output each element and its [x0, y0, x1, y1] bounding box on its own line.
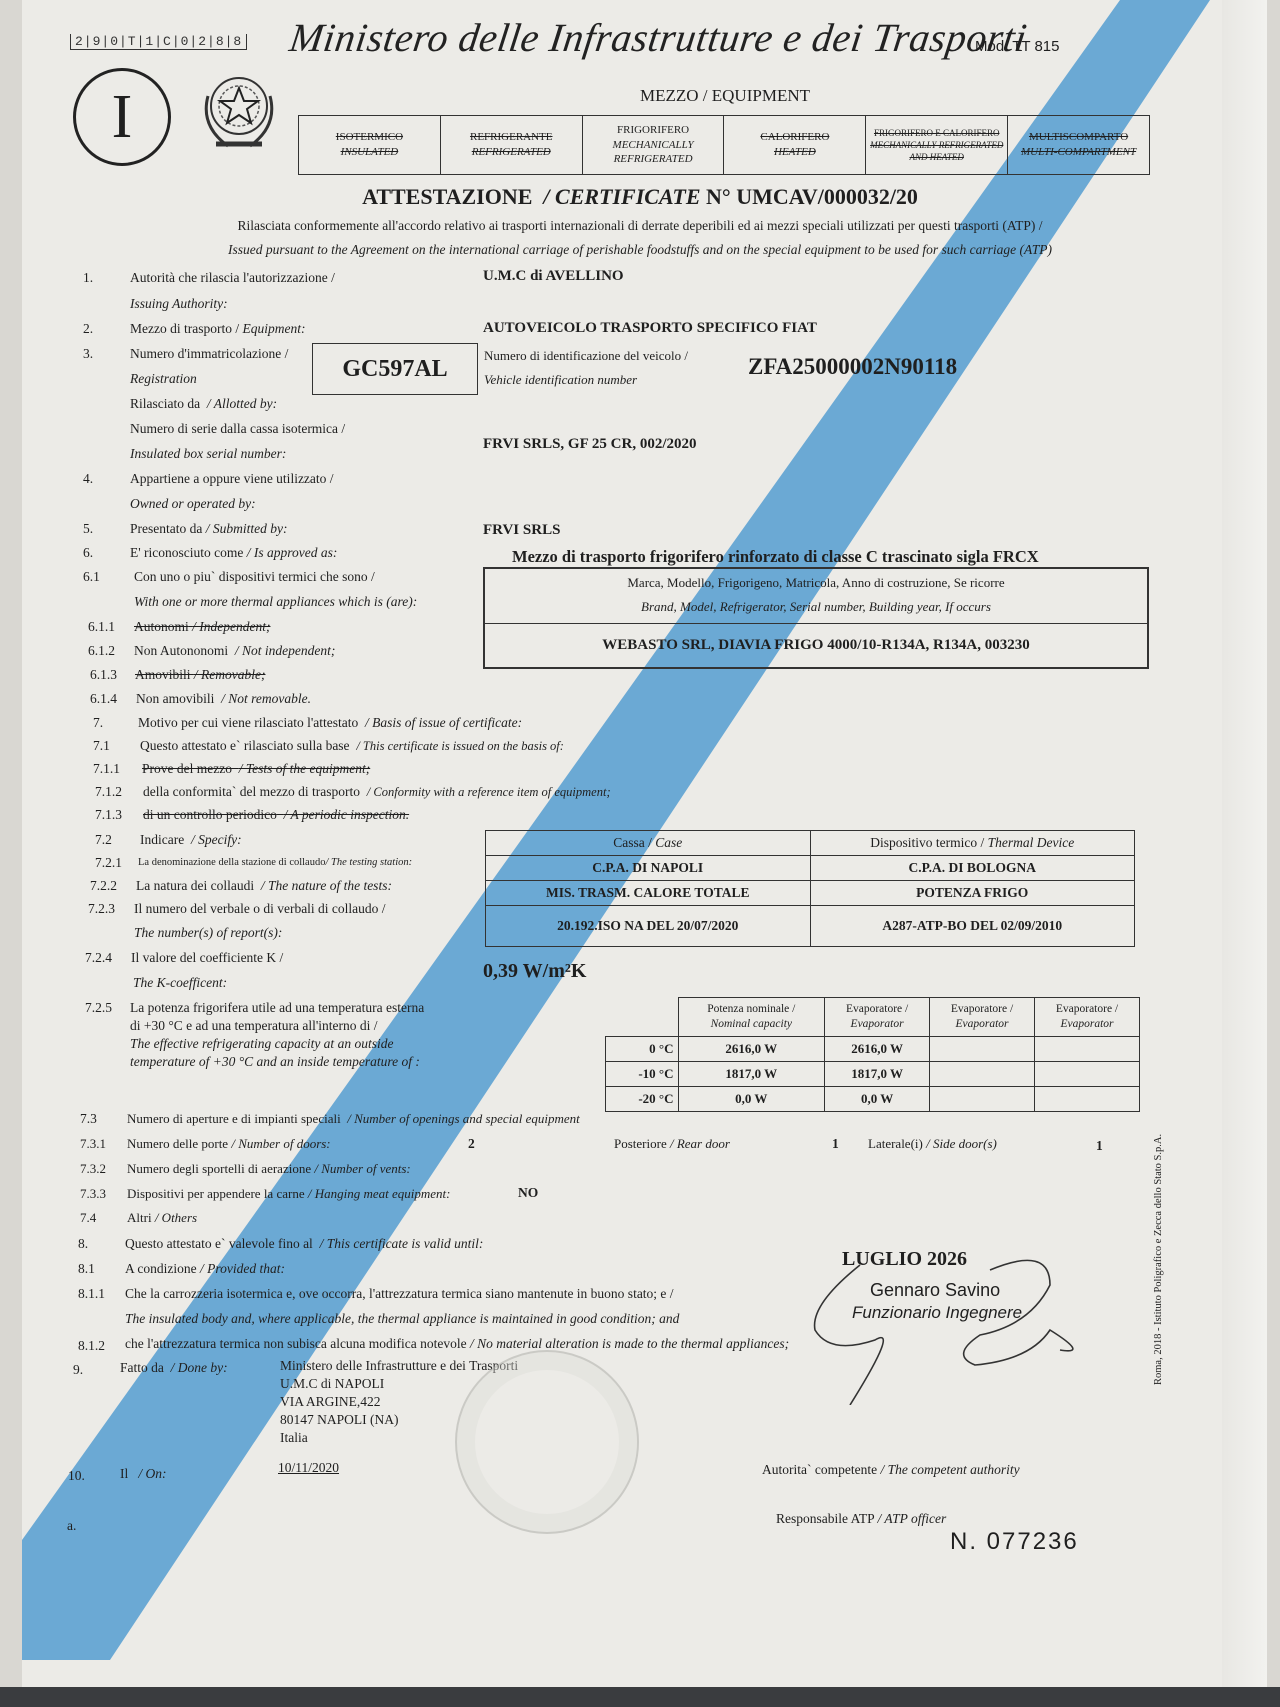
field-10-label: Il / On:	[120, 1466, 167, 1482]
equipment-type-multi-compartment: MULTISCOMPARTOMULTI-COMPARTMENT	[1008, 116, 1150, 175]
hanging-meat-value: NO	[518, 1185, 538, 1201]
field-3-label-it: Numero d'immatricolazione /	[130, 346, 288, 362]
intro-it: Rilasciata conformemente all'accordo rel…	[0, 218, 1280, 234]
field-10-number: 10.	[68, 1468, 85, 1484]
equipment-type-table: ISOTERMICOINSULATED REFRIGERANTEREFRIGER…	[298, 115, 1150, 175]
certificate-title: ATTESTAZIONE / CERTIFICATE N° UMCAV/0000…	[0, 184, 1280, 210]
field-7-1-3-label: di un controllo periodico / A periodic i…	[143, 807, 409, 823]
field-2-label: Mezzo di trasporto / Equipment:	[130, 321, 305, 337]
field-a-number: a.	[67, 1518, 76, 1534]
appliance-value: WEBASTO SRL, DIAVIA FRIGO 4000/10-R134A,…	[485, 624, 1147, 666]
field-6-1-label-en: With one or more thermal appliances whic…	[134, 594, 417, 610]
field-8-number: 8.	[78, 1236, 88, 1252]
refrigerating-capacity-table: Potenza nominale /Nominal capacity Evapo…	[605, 997, 1140, 1112]
field-8-1-1-number: 8.1.1	[78, 1286, 105, 1302]
field-8-1-2-number: 8.1.2	[78, 1338, 105, 1354]
field-8-1-label: A condizione / Provided that:	[125, 1261, 285, 1277]
embossed-seal	[455, 1350, 639, 1534]
allotted-by-label: Rilasciato da / Allotted by:	[130, 396, 277, 412]
appliance-header-en: Brand, Model, Refrigerator, Serial numbe…	[485, 595, 1147, 619]
field-7-1-2-label: della conformita` del mezzo di trasporto…	[143, 784, 611, 800]
test-header-thermal-device: Dispositivo termico / Thermal Device	[810, 831, 1135, 856]
issuing-authority-value: U.M.C di AVELLINO	[483, 268, 624, 285]
field-7-1-label: Questo attestato e` rilasciato sulla bas…	[140, 738, 564, 754]
field-7-3-1-number: 7.3.1	[80, 1136, 106, 1152]
field-1-number: 1.	[83, 270, 93, 286]
field-4-label-it: Appartiene a oppure viene utilizzato /	[130, 471, 334, 487]
field-4-label-en: Owned or operated by:	[130, 496, 256, 512]
field-8-1-1-label-en: The insulated body and, where applicable…	[125, 1311, 679, 1327]
field-7-label: Motivo per cui viene rilasciato l'attest…	[138, 715, 522, 731]
field-5-number: 5.	[83, 521, 93, 537]
field-7-1-number: 7.1	[93, 738, 110, 754]
doors-count: 2	[468, 1136, 475, 1152]
field-9-label: Fatto da / Done by:	[120, 1360, 228, 1376]
document-number: N. 077236	[950, 1528, 1079, 1556]
field-4-number: 4.	[83, 471, 93, 487]
competent-authority-label: Autorita` competente / The competent aut…	[762, 1462, 1020, 1478]
box-serial-label-it: Numero di serie dalla cassa isotermica /	[130, 421, 345, 437]
field-7-4-label: Altri / Others	[127, 1210, 197, 1226]
equipment-type-heated: CALORIFEROHEATED	[724, 116, 866, 175]
field-7-3-number: 7.3	[80, 1111, 97, 1127]
field-7-2-2-label: La natura dei collaudi / The nature of t…	[136, 878, 392, 894]
field-7-1-3-number: 7.1.3	[95, 807, 122, 823]
field-6-1-4-number: 6.1.4	[90, 691, 117, 707]
field-7-2-5-number: 7.2.5	[85, 1000, 112, 1016]
field-7-1-1-label: Prove del mezzo / Tests of the equipment…	[142, 761, 370, 777]
vin-label-en: Vehicle identification number	[484, 372, 637, 388]
side-door-label: Laterale(i) / Side door(s)	[868, 1136, 997, 1152]
field-3-label-en: Registration	[130, 371, 197, 387]
field-7-1-1-number: 7.1.1	[93, 761, 120, 777]
issue-date: 10/11/2020	[278, 1460, 339, 1476]
field-3-number: 3.	[83, 346, 93, 362]
field-7-1-2-number: 7.1.2	[95, 784, 122, 800]
k-coefficient-value: 0,39 W/m²K	[483, 960, 586, 983]
field-7-2-4-label-en: The K-coefficent:	[133, 975, 227, 991]
approved-as-value: Mezzo di trasporto frigorifero rinforzat…	[512, 547, 1039, 567]
field-7-2-5-line4: temperature of +30 °C and an inside temp…	[130, 1054, 420, 1070]
field-7-2-3-label-en: The number(s) of report(s):	[134, 925, 282, 941]
field-7-2-number: 7.2	[95, 832, 112, 848]
field-8-label: Questo attestato e` valevole fino al / T…	[125, 1236, 483, 1252]
field-6-1-2-number: 6.1.2	[88, 643, 115, 659]
field-8-1-2-label: che l'attrezzatura termica non subisca a…	[125, 1336, 789, 1352]
field-8-1-number: 8.1	[78, 1261, 95, 1277]
printer-note: Roma, 2018 - Istituto Poligrafico e Zecc…	[1153, 1095, 1173, 1385]
field-7-3-2-number: 7.3.2	[80, 1161, 106, 1177]
field-7-2-3-number: 7.2.3	[88, 901, 115, 917]
equipment-title: MEZZO / EQUIPMENT	[640, 86, 810, 106]
field-6-1-number: 6.1	[83, 569, 100, 585]
field-7-2-1-label: La denominazione della stazione di colla…	[138, 857, 412, 868]
ministry-name: Ministero delle Infrastrutture e dei Tra…	[287, 14, 1030, 61]
field-6-1-4-label: Non amovibili / Not removable.	[136, 691, 311, 707]
handwritten-signature	[790, 1245, 1090, 1405]
vin-value: ZFA25000002N90118	[748, 354, 957, 380]
registration-number-box: GC597AL	[312, 343, 478, 395]
field-7-3-3-label: Dispositivi per appendere la carne / Han…	[127, 1186, 450, 1202]
field-7-2-3-label-it: Il numero del verbale o di verbali di co…	[134, 901, 386, 917]
field-7-4-number: 7.4	[80, 1210, 96, 1226]
field-6-number: 6.	[83, 545, 93, 561]
background-edge	[0, 1687, 1280, 1707]
atp-officer-label: Responsabile ATP / ATP officer	[776, 1511, 946, 1527]
field-6-1-3-number: 6.1.3	[90, 667, 117, 683]
rear-door-label: Posteriore / Rear door	[614, 1136, 730, 1152]
field-7-2-1-number: 7.2.1	[95, 855, 122, 871]
test-header-case: Cassa / Case	[486, 831, 811, 856]
field-9-number: 9.	[73, 1362, 83, 1378]
field-7-3-label: Numero di aperture e di impianti special…	[127, 1111, 580, 1127]
field-6-label: E' riconosciuto come / Is approved as:	[130, 545, 337, 561]
italian-emblem-icon	[198, 66, 280, 158]
equipment-value: AUTOVEICOLO TRASPORTO SPECIFICO FIAT	[483, 320, 817, 337]
field-7-2-5-line3: The effective refrigerating capacity at …	[130, 1036, 393, 1052]
equipment-type-insulated: ISOTERMICOINSULATED	[299, 116, 441, 175]
field-6-1-2-label: Non Autononomi / Not independent;	[134, 643, 335, 659]
rear-door-count: 1	[832, 1136, 839, 1152]
field-7-2-5-line2: di +30 °C e ad una temperatura all'inter…	[130, 1018, 378, 1034]
signer-name: Gennaro Savino	[870, 1280, 1000, 1301]
equipment-type-mechanically-refrigerated: FRIGORIFEROMECHANICALLY REFRIGERATED	[582, 116, 724, 175]
field-1-label-it: Autorità che rilascia l'autorizzazione /	[130, 270, 335, 286]
equipment-type-refrigerated-heated: FRIGORIFERO E CALORIFEROMECHANICALLY REF…	[866, 116, 1008, 175]
country-mark-icon: I	[73, 68, 171, 166]
field-6-1-1-label: Autonomi / Independent;	[134, 619, 270, 635]
signer-role: Funzionario Ingegnere	[852, 1303, 1022, 1323]
field-5-label: Presentato da / Submitted by:	[130, 521, 287, 537]
field-6-1-label-it: Con uno o piu` dispositivi termici che s…	[134, 569, 375, 585]
certificate-number: N° UMCAV/000032/20	[706, 184, 918, 209]
field-7-2-5-line1: La potenza frigorifera utile ad una temp…	[130, 1000, 424, 1016]
vin-label-it: Numero di identificazione del veicolo /	[484, 348, 688, 364]
field-7-2-4-label-it: Il valore del coefficiente K /	[131, 950, 283, 966]
field-7-number: 7.	[93, 715, 103, 731]
field-7-3-1-label: Numero delle porte / Number of doors:	[127, 1136, 331, 1152]
field-7-2-4-number: 7.2.4	[85, 950, 112, 966]
appliance-header-it: Marca, Modello, Frigorigeno, Matricola, …	[485, 571, 1147, 595]
field-1-label-en: Issuing Authority:	[130, 296, 228, 312]
thermal-appliance-box: Marca, Modello, Frigorigeno, Matricola, …	[483, 567, 1149, 669]
form-model: Mod. TT 815	[975, 38, 1060, 55]
field-6-1-1-number: 6.1.1	[88, 619, 115, 635]
field-8-1-1-label-it: Che la carrozzeria isotermica e, ove occ…	[125, 1286, 674, 1302]
equipment-type-refrigerated: REFRIGERANTEREFRIGERATED	[440, 116, 582, 175]
box-serial-label-en: Insulated box serial number:	[130, 446, 286, 462]
field-7-2-2-number: 7.2.2	[90, 878, 117, 894]
field-7-2-label: Indicare / Specify:	[140, 832, 242, 848]
testing-table: Cassa / Case Dispositivo termico / Therm…	[485, 830, 1135, 947]
submitted-by-value: FRVI SRLS	[483, 522, 560, 539]
box-serial-value: FRVI SRLS, GF 25 CR, 002/2020	[483, 436, 697, 453]
form-serial-code: 2|9|0|T|1|C|0|2|8|8	[70, 34, 247, 50]
side-door-count: 1	[1096, 1138, 1103, 1154]
field-7-3-3-number: 7.3.3	[80, 1186, 106, 1202]
field-2-number: 2.	[83, 321, 93, 337]
intro-en: Issued pursuant to the Agreement on the …	[0, 242, 1280, 258]
field-6-1-3-label: Amovibili / Removable;	[135, 667, 265, 683]
field-7-3-2-label: Numero degli sportelli di aerazione / Nu…	[127, 1161, 411, 1177]
